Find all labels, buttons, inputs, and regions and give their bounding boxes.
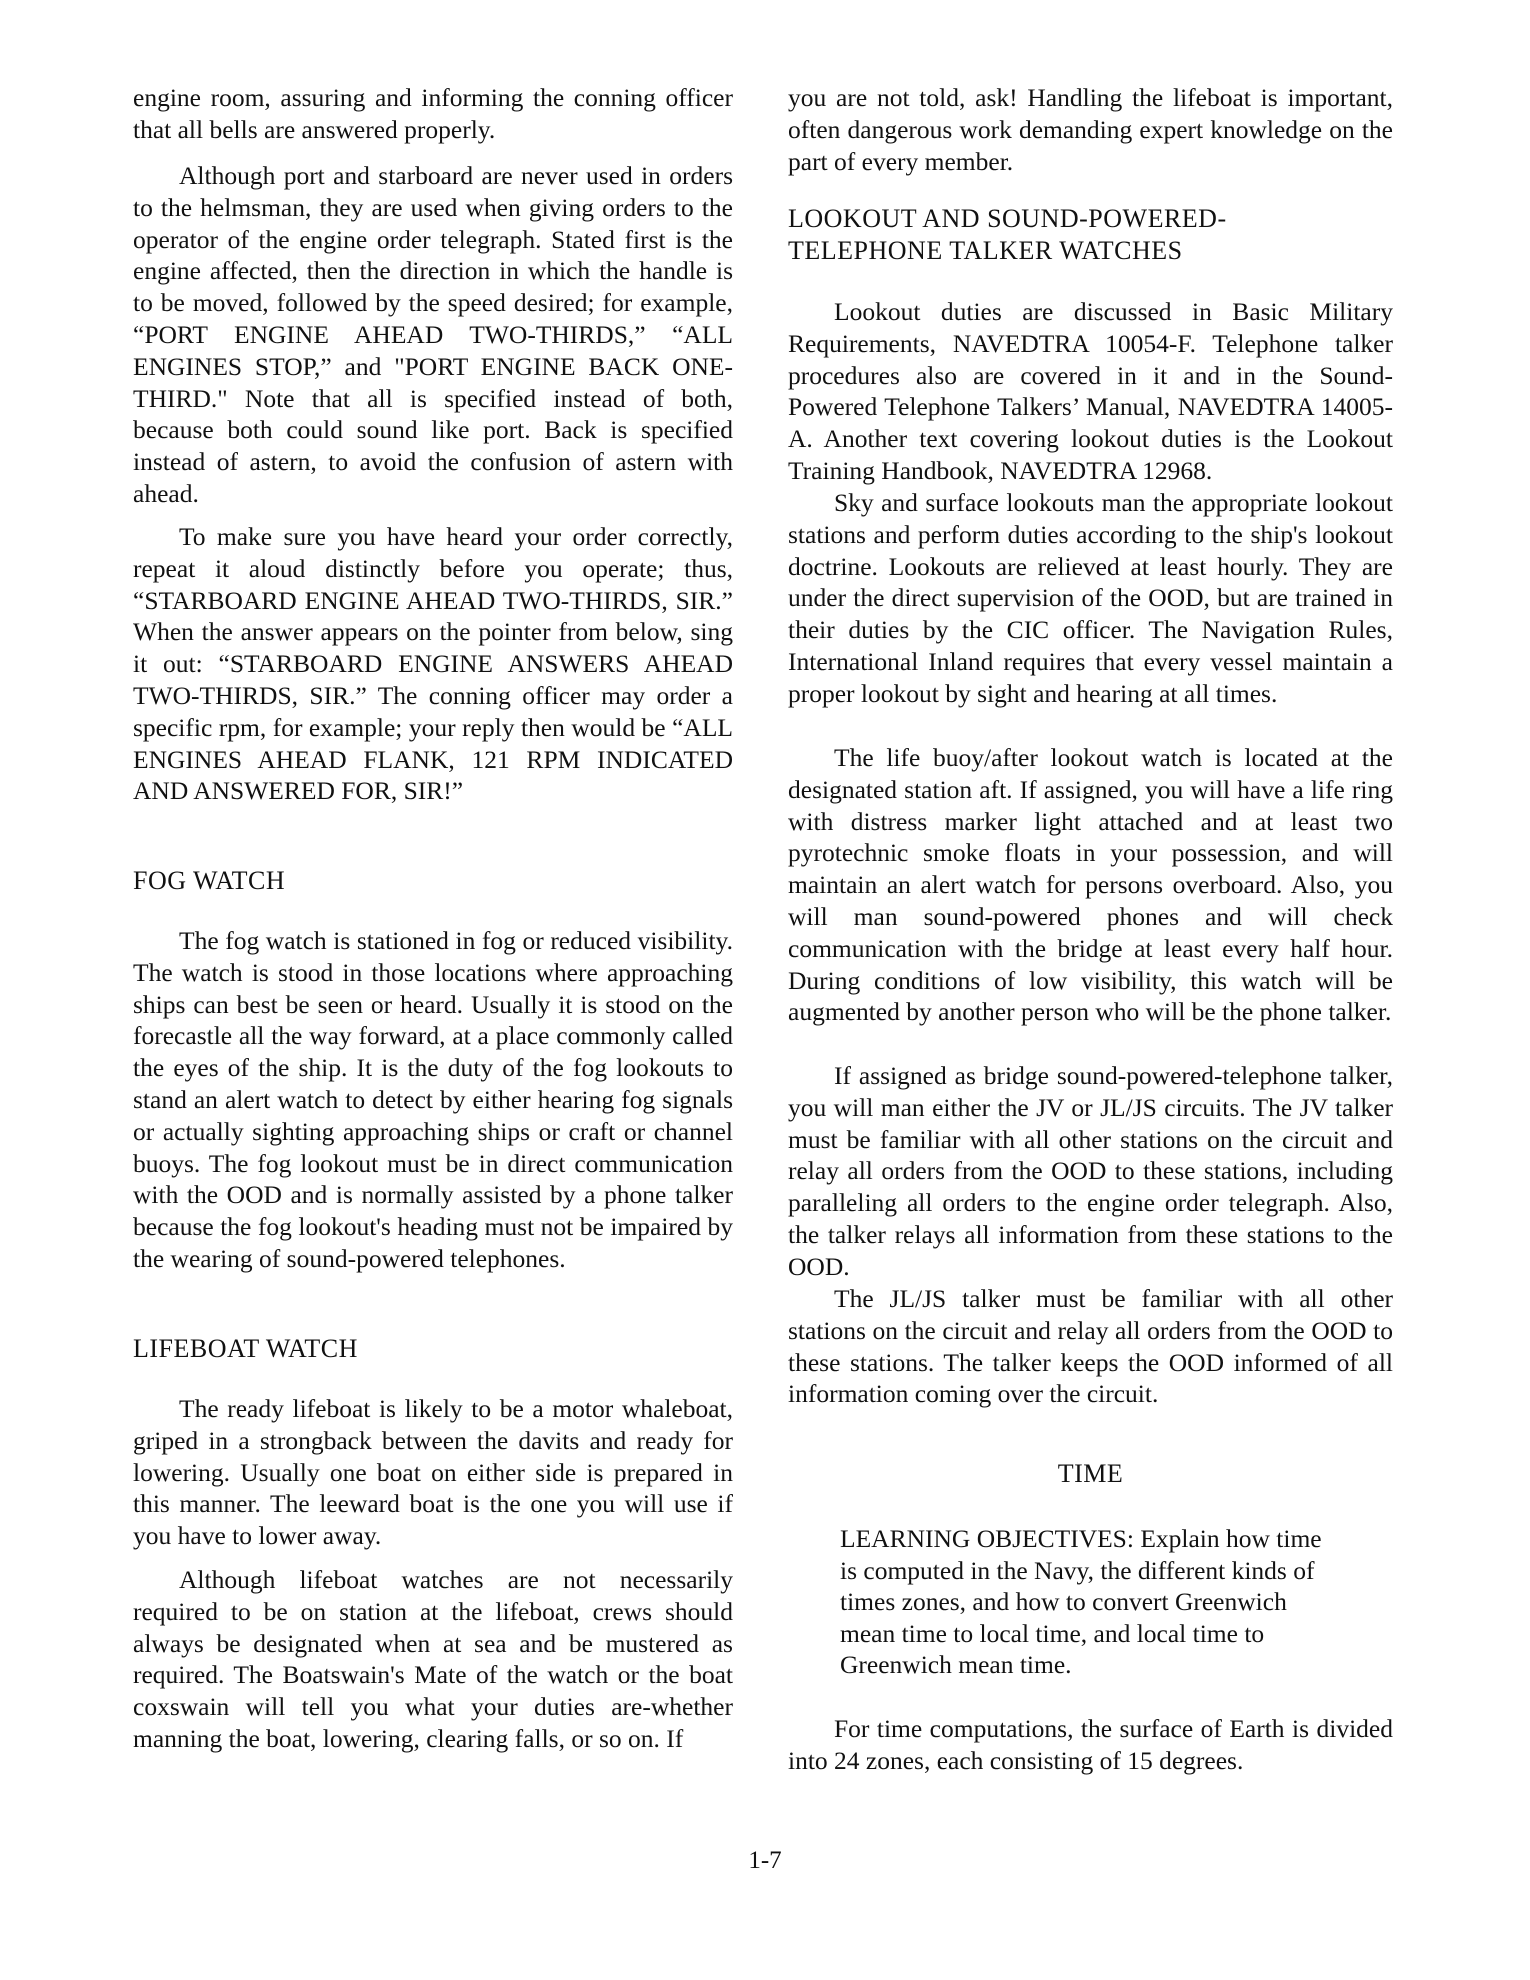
heading-time: TIME [788,1458,1393,1490]
page-number: 1-7 [0,1847,1530,1875]
paragraph-lookout-duties: Lookout duties are discussed in Basic Mi… [788,296,1393,487]
heading-lookout-line1: LOOKOUT AND SOUND-POWERED- [788,203,1227,235]
paragraph-lifeboat-watches: Although lifeboat watches are not necess… [133,1564,733,1755]
heading-lookout-line2: TELEPHONE TALKER WATCHES [788,235,1183,267]
learning-objectives-line: is computed in the Navy, the different k… [840,1555,1360,1587]
paragraph-sky-surface-lookouts: Sky and surface lookouts man the appropr… [788,487,1393,710]
heading-lifeboat-watch: LIFEBOAT WATCH [133,1333,358,1365]
paragraph-time-zones: For time computations, the surface of Ea… [788,1713,1393,1777]
paragraph-port-starboard: Although port and starboard are never us… [133,160,733,510]
learning-objectives: LEARNING OBJECTIVES: Explain how time is… [840,1523,1360,1681]
learning-objectives-line: Greenwich mean time. [840,1649,1360,1681]
learning-objectives-line: LEARNING OBJECTIVES: Explain how time [840,1523,1360,1555]
paragraph-life-buoy-watch: The life buoy/after lookout watch is loc… [788,742,1393,1028]
paragraph-repeat-order: To make sure you have heard your order c… [133,521,733,807]
paragraph-fog-watch: The fog watch is stationed in fog or red… [133,925,733,1275]
paragraph-bridge-talker: If assigned as bridge sound-powered-tele… [788,1060,1393,1283]
learning-objectives-line: mean time to local time, and local time … [840,1618,1360,1650]
paragraph-continued: engine room, assuring and informing the … [133,82,733,146]
paragraph-continued: you are not told, ask! Handling the life… [788,82,1393,177]
learning-objectives-line: times zones, and how to convert Greenwic… [840,1586,1360,1618]
heading-fog-watch: FOG WATCH [133,865,285,897]
paragraph-lifeboat-ready: The ready lifeboat is likely to be a mot… [133,1393,733,1552]
paragraph-jljs-talker: The JL/JS talker must be familiar with a… [788,1283,1393,1410]
